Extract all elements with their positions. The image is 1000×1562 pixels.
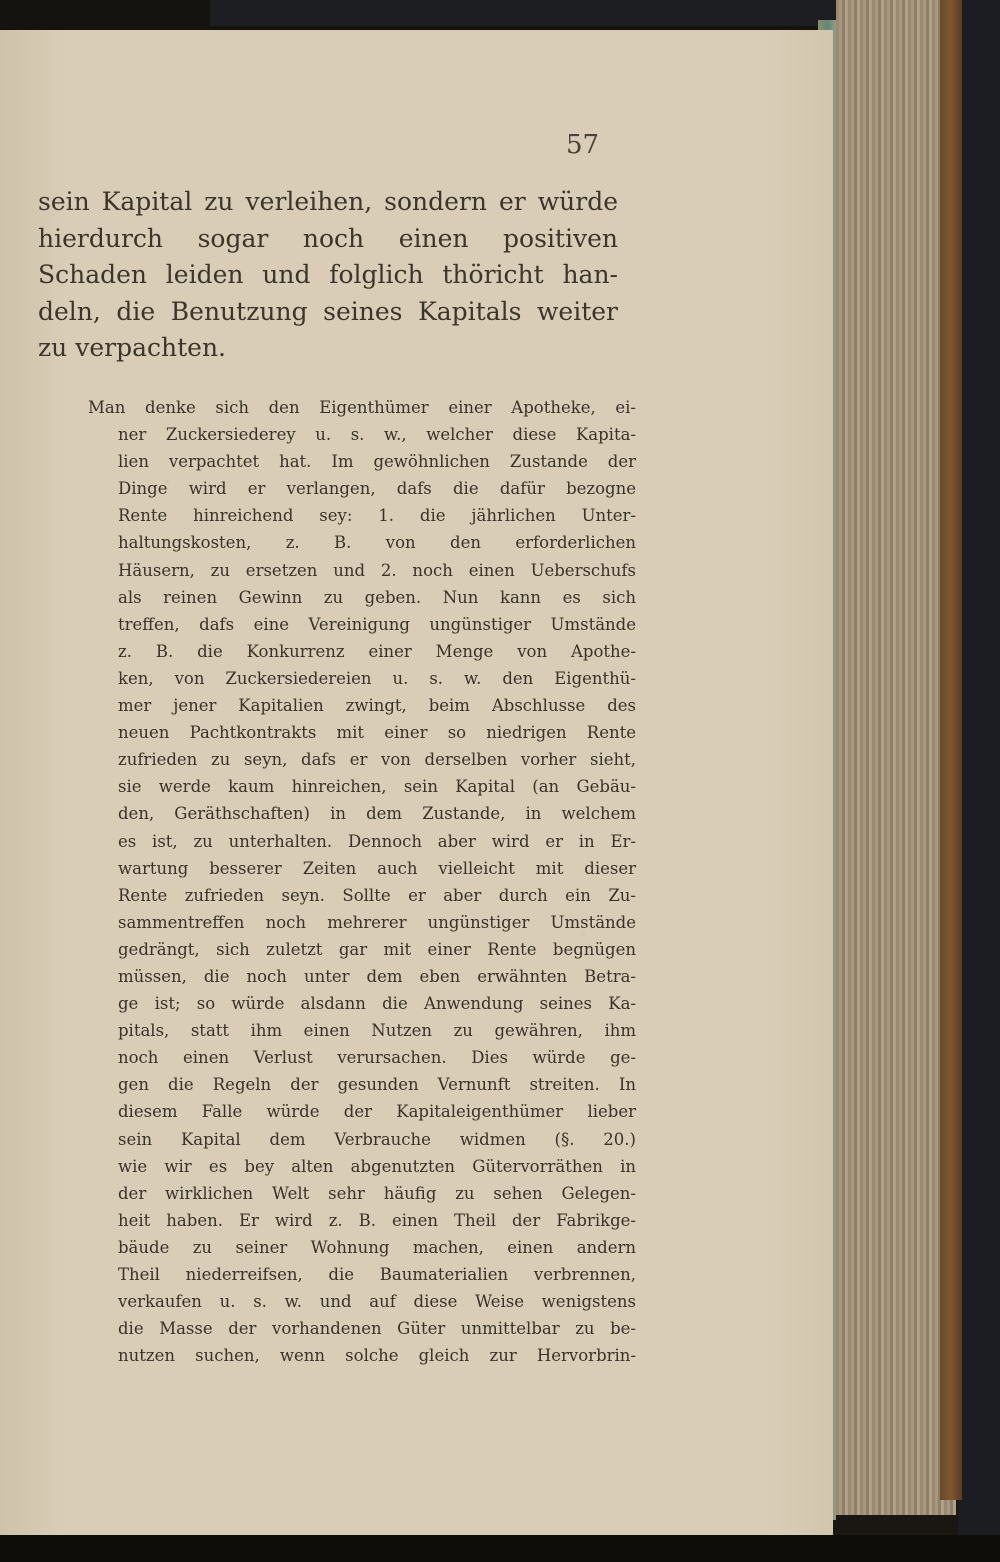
text-line: treffen, dafs eine Vereinigung ungünstig… xyxy=(88,611,636,638)
text-line: Theil niederreifsen, die Baumaterialien … xyxy=(88,1261,636,1288)
text-line: Häusern, zu ersetzen und 2. noch einen U… xyxy=(88,557,636,584)
text-line: gen die Regeln der gesunden Vernunft str… xyxy=(88,1071,636,1098)
text-line: mer jener Kapitalien zwingt, beim Abschl… xyxy=(88,692,636,719)
text-line: wartung besserer Zeiten auch vielleicht … xyxy=(88,855,636,882)
text-line: sein Kapital dem Verbrauche widmen (§. 2… xyxy=(88,1126,636,1153)
text-line: bäude zu seiner Wohnung machen, einen an… xyxy=(88,1234,636,1261)
text-line: neuen Pachtkontrakts mit einer so niedri… xyxy=(88,719,636,746)
text-line: haltungskosten, z. B. von den erforderli… xyxy=(88,529,636,556)
text-line: heit haben. Er wird z. B. einen Theil de… xyxy=(88,1207,636,1234)
main-paragraph: sein Kapital zu verleihen, sondern er wü… xyxy=(38,184,618,367)
text-line: den, Geräthschaften) in dem Zustande, in… xyxy=(88,800,636,827)
text-line: sie werde kaum hinreichen, sein Kapital … xyxy=(88,773,636,800)
text-line: Rente zufrieden seyn. Sollte er aber dur… xyxy=(88,882,636,909)
text-line: müssen, die noch unter dem eben erwähnte… xyxy=(88,963,636,990)
text-line: lien verpachtet hat. Im gewöhnlichen Zus… xyxy=(88,448,636,475)
text-line: sammentreffen noch mehrerer ungünstiger … xyxy=(88,909,636,936)
text-line: als reinen Gewinn zu geben. Nun kann es … xyxy=(88,584,636,611)
text-line: Schaden leiden und folglich thöricht han… xyxy=(38,257,618,294)
text-line: Man denke sich den Eigenthümer einer Apo… xyxy=(88,394,636,421)
text-line: diesem Falle würde der Kapitaleigenthüme… xyxy=(88,1098,636,1125)
text-line: deln, die Benutzung seines Kapitals weit… xyxy=(38,294,618,331)
text-line: Rente hinreichend sey: 1. die jährlichen… xyxy=(88,502,636,529)
text-line: zufrieden zu seyn, dafs er von derselben… xyxy=(88,746,636,773)
text-line: noch einen Verlust verursachen. Dies wür… xyxy=(88,1044,636,1071)
text-line: z. B. die Konkurrenz einer Menge von Apo… xyxy=(88,638,636,665)
text-line: verkaufen u. s. w. und auf diese Weise w… xyxy=(88,1288,636,1315)
background-right xyxy=(958,0,1000,1562)
text-line: es ist, zu unterhalten. Dennoch aber wir… xyxy=(88,828,636,855)
text-line: hierdurch sogar noch einen positiven xyxy=(38,221,618,258)
text-line: ken, von Zuckersiedereien u. s. w. den E… xyxy=(88,665,636,692)
text-line: Dinge wird er verlangen, dafs die dafür … xyxy=(88,475,636,502)
page-number: 57 xyxy=(566,130,599,160)
text-line: die Masse der vorhandenen Güter unmittel… xyxy=(88,1315,636,1342)
background-bottom xyxy=(0,1535,1000,1562)
text-line: wie wir es bey alten abgenutzten Gütervo… xyxy=(88,1153,636,1180)
text-line: der wirklichen Welt sehr häufig zu sehen… xyxy=(88,1180,636,1207)
book-cover-edge xyxy=(940,0,962,1500)
book-fore-edge xyxy=(836,0,956,1515)
text-line: ner Zuckersiederey u. s. w., welcher die… xyxy=(88,421,636,448)
text-line: ge ist; so würde alsdann die Anwendung s… xyxy=(88,990,636,1017)
note-paragraph: Man denke sich den Eigenthümer einer Apo… xyxy=(88,394,636,1369)
text-line: zu verpachten. xyxy=(38,330,618,367)
text-line: pitals, statt ihm einen Nutzen zu gewähr… xyxy=(88,1017,636,1044)
text-line: nutzen suchen, wenn solche gleich zur He… xyxy=(88,1342,636,1369)
text-line: sein Kapital zu verleihen, sondern er wü… xyxy=(38,184,618,221)
text-line: gedrängt, sich zuletzt gar mit einer Ren… xyxy=(88,936,636,963)
